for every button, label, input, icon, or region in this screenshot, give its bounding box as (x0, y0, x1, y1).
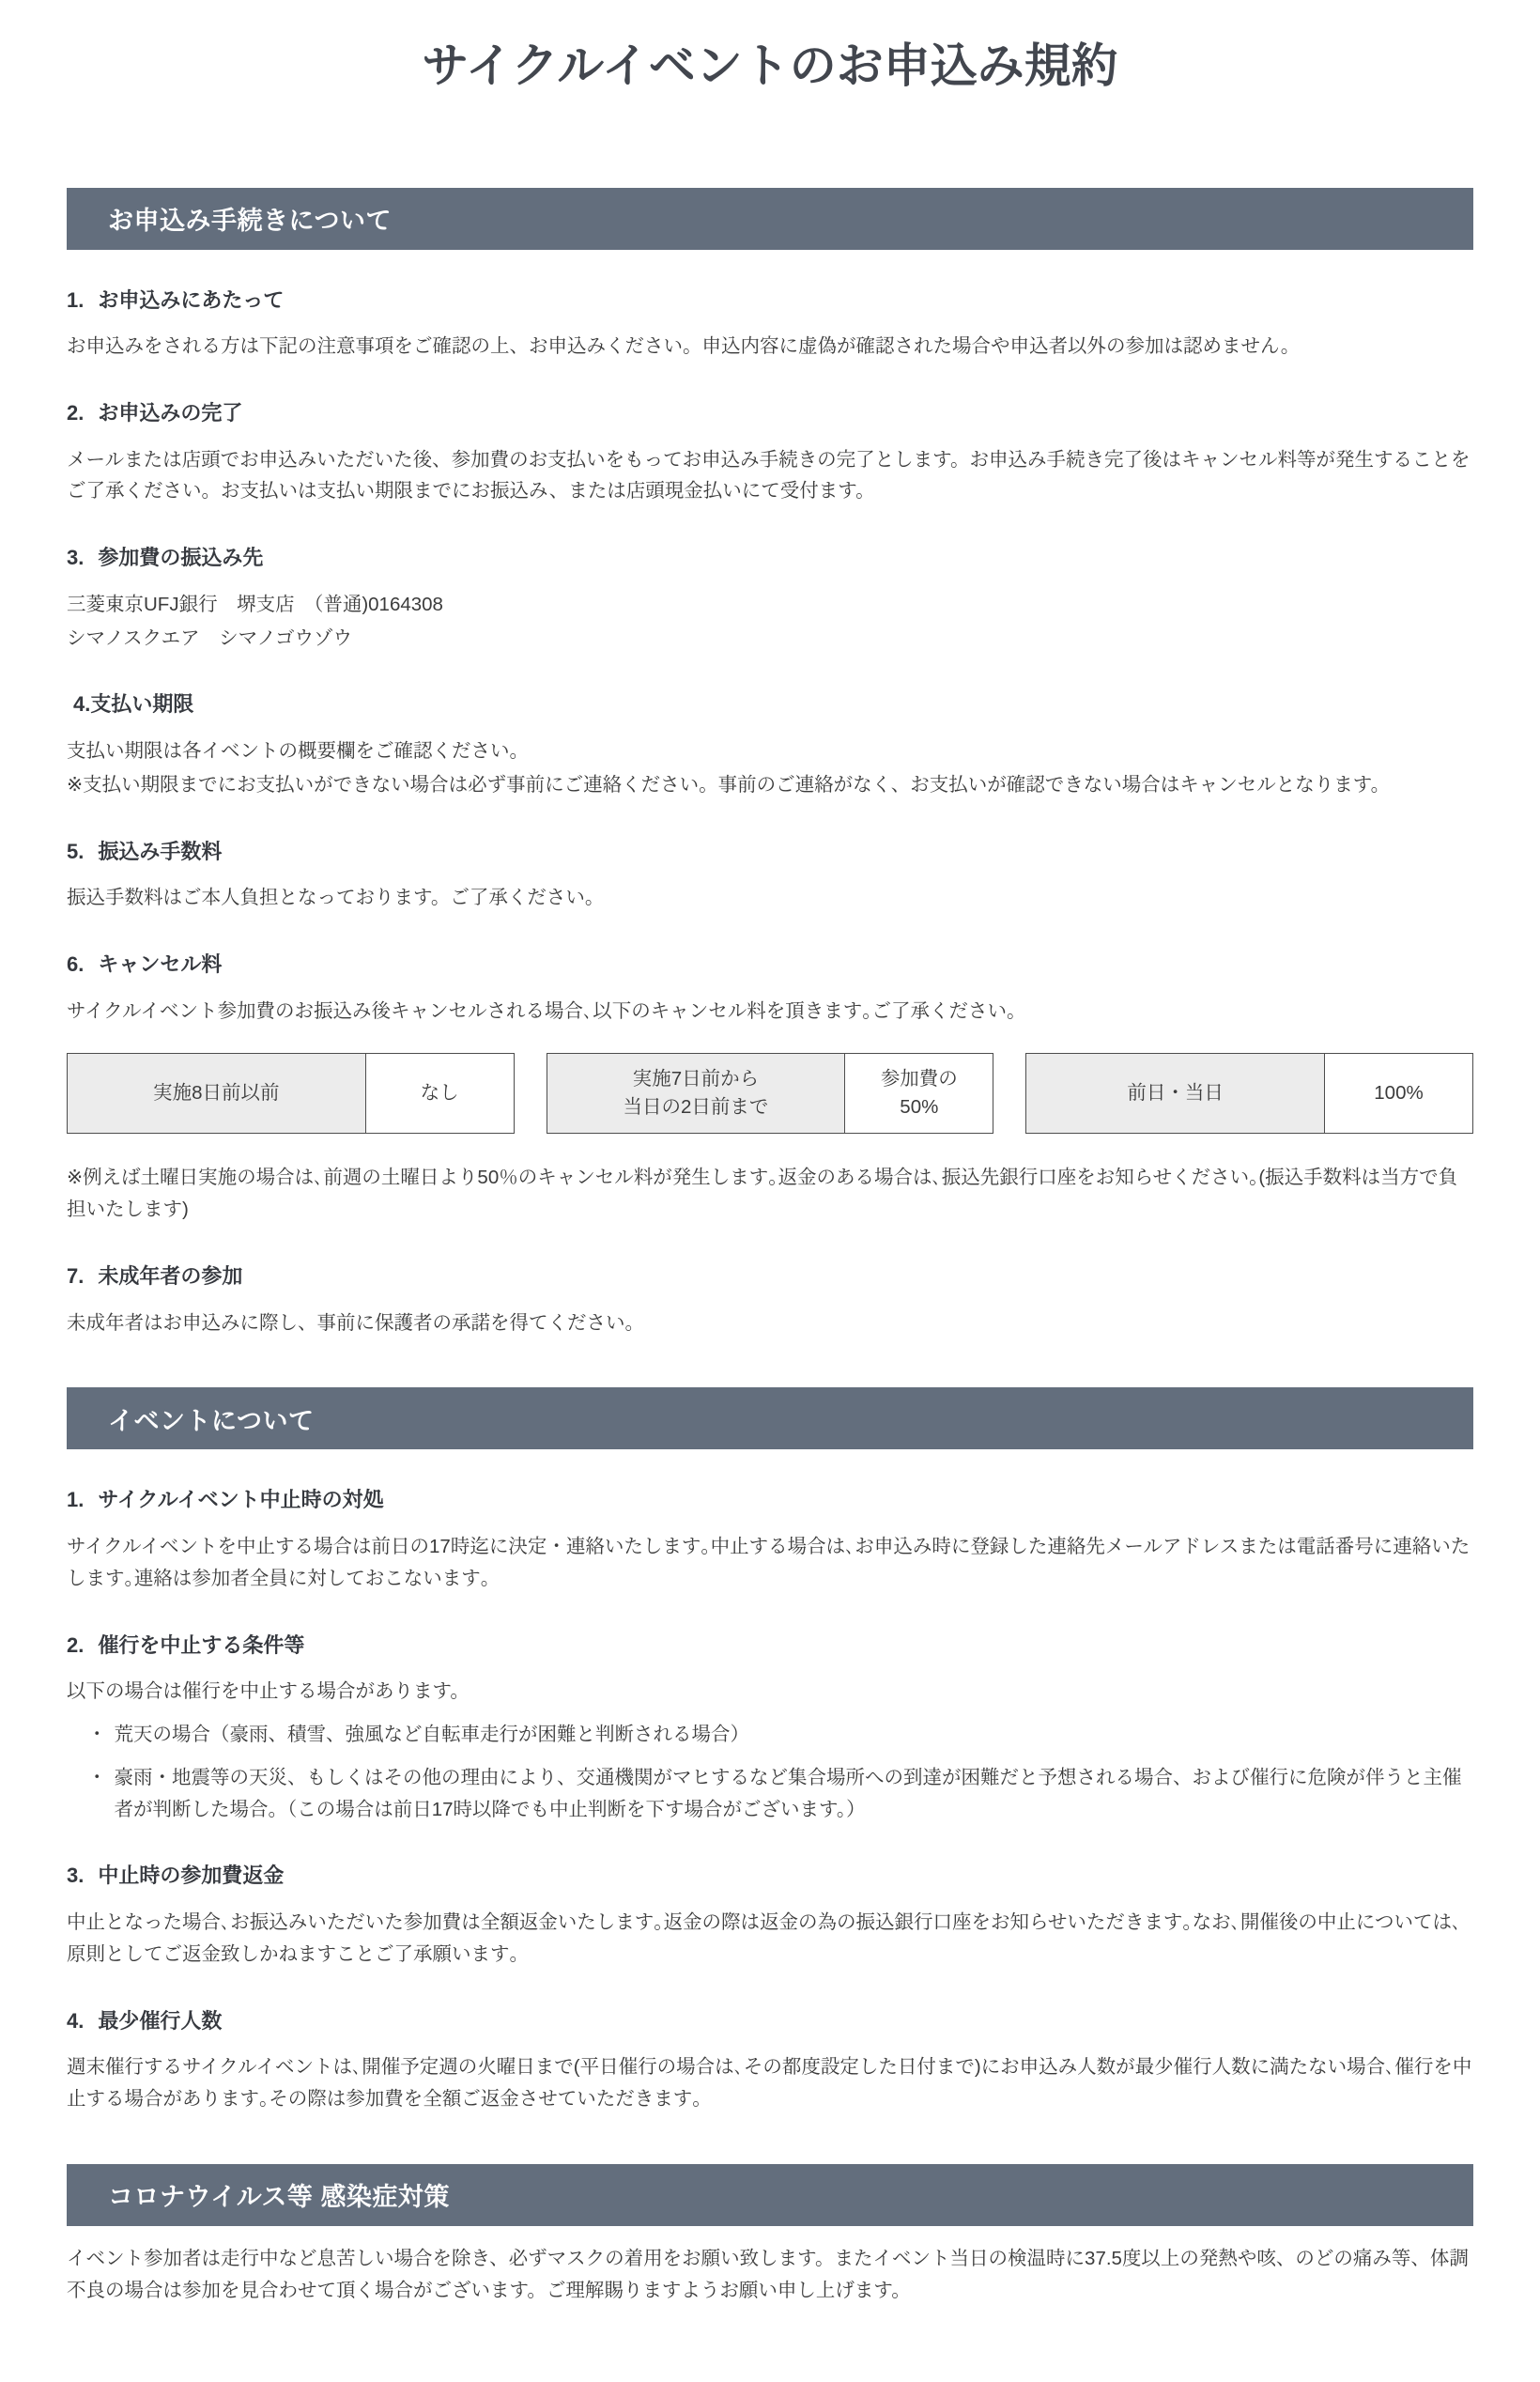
item-heading: 4.支払い期限 (67, 691, 1473, 719)
section: お申込み手続きについて1.お申込みにあたってお申込みをされる方は下記の注意事項を… (67, 188, 1473, 1339)
item-title: お申込みにあたって (98, 288, 284, 312)
item-number: 3. (67, 1864, 84, 1887)
item-title: 未成年者の参加 (98, 1264, 242, 1288)
terms-item: 1.お申込みにあたってお申込みをされる方は下記の注意事項をご確認の上、お申込みく… (67, 287, 1473, 363)
bullet-text: 荒天の場合（豪雨、積雪、強風など自転車走行が困難と判断される場合） (115, 1719, 750, 1751)
body-paragraph: シマノスクエア シマノゴウゾウ (67, 623, 1473, 655)
item-heading: 3.中止時の参加費返金 (67, 1863, 1473, 1890)
sections-container: お申込み手続きについて1.お申込みにあたってお申込みをされる方は下記の注意事項を… (67, 188, 1473, 2307)
bullet-item: ・豪雨・地震等の天災、もしくはその他の理由により、交通機関がマヒするなど集合場所… (67, 1762, 1473, 1826)
item-heading: 4.最少催行人数 (67, 2008, 1473, 2035)
section-header: イベントについて (67, 1387, 1473, 1449)
fee-label-cell: 前日・当日 (1026, 1054, 1325, 1133)
section: イベントについて1.サイクルイベント中止時の対処サイクルイベントを中止する場合は… (67, 1387, 1473, 2115)
bullet-list: ・荒天の場合（豪雨、積雪、強風など自転車走行が困難と判断される場合）・豪雨・地震… (67, 1719, 1473, 1825)
terms-item: 4.支払い期限支払い期限は各イベントの概要欄をご確認ください。※支払い期限までに… (67, 691, 1473, 800)
bullet-dot: ・ (87, 1762, 107, 1826)
terms-item: イベント参加者は走行中など息苦しい場合を除き、必ずマスクの着用をお願い致します。… (67, 2243, 1473, 2307)
item-number: 4. (67, 2009, 84, 2033)
terms-item: 2.催行を中止する条件等以下の場合は催行を中止する場合があります。・荒天の場合（… (67, 1632, 1473, 1826)
body-paragraph: 中止となった場合､お振込みいただいた参加費は全額返金いたします｡返金の際は返金の… (67, 1907, 1473, 1971)
item-heading: 2.お申込みの完了 (67, 400, 1473, 427)
body-paragraph: サイクルイベントを中止する場合は前日の17時迄に決定・連絡いたします｡中止する場… (67, 1531, 1473, 1595)
item-number: 7. (67, 1264, 84, 1288)
item-title: サイクルイベント中止時の対処 (98, 1488, 383, 1511)
fee-label-cell: 実施7日前から 当日の2日前まで (547, 1054, 846, 1133)
section: コロナウイルス等 感染症対策イベント参加者は走行中など息苦しい場合を除き、必ずマ… (67, 2164, 1473, 2307)
item-title: 最少催行人数 (98, 2009, 222, 2033)
item-number: 1. (67, 1488, 84, 1511)
fee-value-cell: なし (366, 1054, 514, 1133)
terms-item: 3.中止時の参加費返金中止となった場合､お振込みいただいた参加費は全額返金いたし… (67, 1863, 1473, 1970)
item-title: 催行を中止する条件等 (98, 1633, 304, 1657)
cancel-fee-table: 実施8日前以前なし実施7日前から 当日の2日前まで参加費の 50%前日・当日10… (67, 1053, 1473, 1134)
section-header-label: イベントについて (108, 1400, 314, 1437)
section-header: お申込み手続きについて (67, 188, 1473, 250)
terms-item: 2.お申込みの完了メールまたは店頭でお申込みいただいた後、参加費のお支払いをもっ… (67, 400, 1473, 507)
item-heading: 2.催行を中止する条件等 (67, 1632, 1473, 1660)
item-number: 1. (67, 288, 84, 312)
body-paragraph: ※支払い期限までにお支払いができない場合は必ず事前にご連絡ください。事前のご連絡… (67, 769, 1473, 801)
bullet-dot: ・ (87, 1719, 107, 1751)
bullet-text: 豪雨・地震等の天災、もしくはその他の理由により、交通機関がマヒするなど集合場所へ… (115, 1762, 1474, 1826)
body-paragraph: お申込みをされる方は下記の注意事項をご確認の上、お申込みください。申込内容に虚偽… (67, 331, 1473, 363)
item-heading: 1.サイクルイベント中止時の対処 (67, 1487, 1473, 1514)
body-paragraph: 未成年者はお申込みに際し、事前に保護者の承諾を得てください。 (67, 1307, 1473, 1339)
body-paragraph: サイクルイベント参加費のお振込み後キャンセルされる場合､以下のキャンセル料を頂き… (67, 996, 1473, 1028)
item-number: 6. (67, 952, 84, 976)
body-paragraph: 以下の場合は催行を中止する場合があります。 (67, 1676, 1473, 1708)
item-title: お申込みの完了 (98, 401, 242, 425)
item-number: 5. (67, 840, 84, 863)
fee-label-cell: 実施8日前以前 (68, 1054, 366, 1133)
item-heading: 3.参加費の振込み先 (67, 545, 1473, 572)
item-heading: 7.未成年者の参加 (67, 1263, 1473, 1291)
item-number: 2. (67, 401, 84, 425)
item-number: 3. (67, 546, 84, 569)
body-paragraph: 三菱東京UFJ銀行 堺支店 （普通)0164308 (67, 589, 1473, 621)
section-header-label: コロナウイルス等 感染症対策 (108, 2176, 450, 2213)
document-page: サイクルイベントのお申込み規約 お申込み手続きについて1.お申込みにあたってお申… (0, 0, 1540, 2382)
terms-item: 1.サイクルイベント中止時の対処サイクルイベントを中止する場合は前日の17時迄に… (67, 1487, 1473, 1594)
terms-item: 6.キャンセル料サイクルイベント参加費のお振込み後キャンセルされる場合､以下のキ… (67, 951, 1473, 1226)
fee-value-cell: 参加費の 50% (845, 1054, 993, 1133)
body-paragraph: 支払い期限は各イベントの概要欄をご確認ください。 (67, 735, 1473, 767)
fee-box: 実施8日前以前なし (67, 1053, 515, 1134)
body-paragraph: 週末催行するサイクルイベントは､開催予定週の火曜日まで(平日催行の場合は､その都… (67, 2051, 1473, 2115)
item-heading: 6.キャンセル料 (67, 951, 1473, 979)
note-paragraph: ※例えば土曜日実施の場合は､前週の土曜日より50％のキャンセル料が発生します｡返… (67, 1162, 1473, 1226)
section-header: コロナウイルス等 感染症対策 (67, 2164, 1473, 2226)
item-title: 振込み手数料 (98, 840, 222, 863)
body-paragraph: イベント参加者は走行中など息苦しい場合を除き、必ずマスクの着用をお願い致します。… (67, 2243, 1473, 2307)
fee-box: 実施7日前から 当日の2日前まで参加費の 50% (547, 1053, 994, 1134)
section-header-label: お申込み手続きについて (108, 200, 392, 237)
terms-item: 5.振込み手数料振込手数料はご本人負担となっております。ご了承ください。 (67, 839, 1473, 914)
body-paragraph: 振込手数料はご本人負担となっております。ご了承ください。 (67, 882, 1473, 914)
body-paragraph: メールまたは店頭でお申込みいただいた後、参加費のお支払いをもってお申込み手続きの… (67, 444, 1473, 508)
fee-value-cell: 100% (1325, 1054, 1472, 1133)
page-title: サイクルイベントのお申込み規約 (67, 39, 1473, 94)
bullet-item: ・荒天の場合（豪雨、積雪、強風など自転車走行が困難と判断される場合） (67, 1719, 1473, 1751)
item-number: 4. (73, 692, 90, 716)
item-number: 2. (67, 1633, 84, 1657)
terms-item: 3.参加費の振込み先三菱東京UFJ銀行 堺支店 （普通)0164308シマノスク… (67, 545, 1473, 654)
item-heading: 5.振込み手数料 (67, 839, 1473, 866)
item-heading: 1.お申込みにあたって (67, 287, 1473, 315)
item-title: 参加費の振込み先 (98, 546, 263, 569)
item-title: 中止時の参加費返金 (98, 1864, 284, 1887)
fee-box: 前日・当日100% (1025, 1053, 1473, 1134)
item-title: 支払い期限 (90, 692, 193, 716)
terms-item: 7.未成年者の参加未成年者はお申込みに際し、事前に保護者の承諾を得てください。 (67, 1263, 1473, 1338)
terms-item: 4.最少催行人数週末催行するサイクルイベントは､開催予定週の火曜日まで(平日催行… (67, 2008, 1473, 2115)
item-title: キャンセル料 (98, 952, 222, 976)
